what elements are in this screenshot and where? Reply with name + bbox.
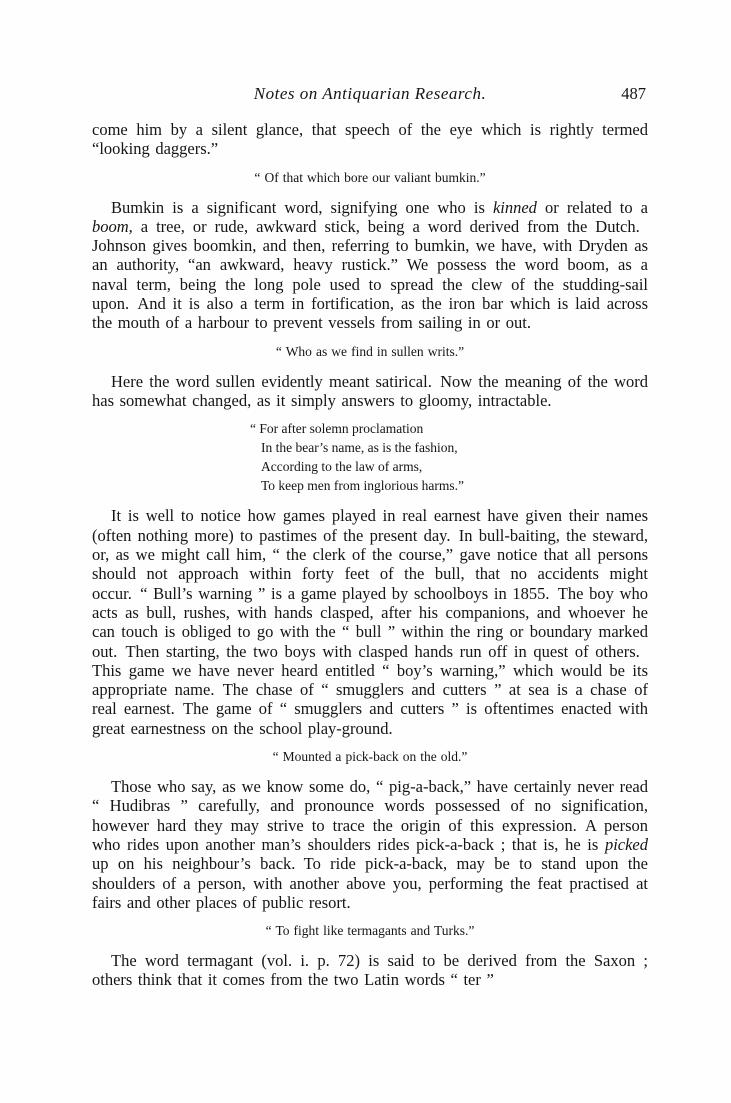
quote-pick-back: “ Mounted a pick-back on the old.” bbox=[92, 749, 648, 765]
italic-word: picked bbox=[605, 835, 648, 854]
italic-word: boom, bbox=[92, 217, 133, 236]
text-segment: up on his neighbour’s back. To ride pick… bbox=[92, 854, 648, 912]
paragraph-games: It is well to notice how games played in… bbox=[92, 506, 648, 738]
running-title: Notes on Antiquarian Research. bbox=[92, 84, 648, 104]
text-segment: Bumkin is a significant word, signifying… bbox=[111, 198, 493, 217]
verse-line: According to the law of arms, bbox=[250, 458, 648, 477]
paragraph-termagant: The word termagant (vol. i. p. 72) is sa… bbox=[92, 951, 648, 990]
italic-word: kinned bbox=[493, 198, 537, 217]
verse-line: “ For after solemn proclamation bbox=[250, 420, 648, 439]
quote-termagants: “ To fight like termagants and Turks.” bbox=[92, 923, 648, 939]
paragraph-bumkin: Bumkin is a significant word, signifying… bbox=[92, 198, 648, 333]
page-header: Notes on Antiquarian Research. 487 bbox=[92, 84, 648, 104]
verse-quotation: “ For after solemn proclamation In the b… bbox=[250, 420, 648, 495]
verse-line: In the bear’s name, as is the fashion, bbox=[250, 439, 648, 458]
verse-line: To keep men from inglorious harms.” bbox=[250, 477, 648, 496]
paragraph-continuation: come him by a silent glance, that speech… bbox=[92, 120, 648, 159]
text-segment: or related to a bbox=[537, 198, 648, 217]
quote-bumkin: “ Of that which bore our valiant bumkin.… bbox=[92, 170, 648, 186]
paragraph-pig-a-back: Those who say, as we know some do, “ pig… bbox=[92, 777, 648, 912]
quote-sullen-writs: “ Who as we find in sullen writs.” bbox=[92, 344, 648, 360]
text-segment: Those who say, as we know some do, “ pig… bbox=[92, 777, 648, 854]
text-segment: a tree, or rude, awkward stick, being a … bbox=[92, 217, 648, 332]
paragraph-sullen: Here the word sullen evidently meant sat… bbox=[92, 372, 648, 411]
page-number: 487 bbox=[621, 84, 646, 104]
book-page: Notes on Antiquarian Research. 487 come … bbox=[0, 0, 731, 1103]
